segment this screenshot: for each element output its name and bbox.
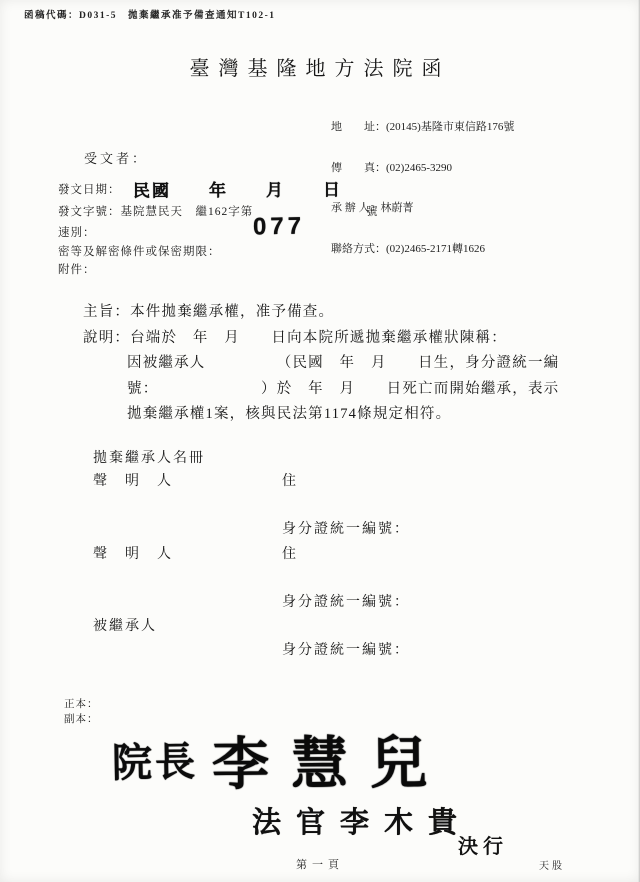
declarant-2-residence-label: 住: [282, 543, 298, 563]
declarant-2-id-label: 身分證統一編號：: [282, 591, 410, 611]
subject-line: 主旨：本件拋棄繼承權，准予備查。: [83, 300, 334, 321]
declarant-1-label: 聲 明 人: [93, 470, 173, 490]
judge-signature: 法官李木貴: [252, 800, 472, 841]
form-code-line: 函稿代碼：D031-5 拋棄繼承准予備查通知T102-1: [24, 7, 276, 21]
issue-date-stamp: 民國 年 月 日: [133, 175, 342, 201]
declarant-2-label: 聲 明 人: [93, 543, 173, 563]
roster-title: 拋棄繼承人名冊: [93, 447, 205, 467]
explanation-line-2: 因被繼承人 （民國 年 月 日生，身分證統一編: [127, 351, 559, 372]
contact-block: 地 址：(20145)基隆市東信路176號 傳 真：(02)2465-3290 …: [331, 94, 514, 283]
document-number-label: 發文字號：基院慧民天 繼162字第: [58, 203, 253, 219]
contact-phone-value: ：(02)2465-2171轉1626: [375, 243, 485, 255]
president-name-signature: 李慧兒: [212, 717, 450, 801]
issue-date-label: 發文日期：: [58, 181, 121, 197]
explanation-line-4: 拋棄繼承權1案，核與民法第1174條規定相符。: [127, 402, 451, 423]
attachment-label: 附件：: [58, 261, 96, 277]
case-number-stamp: 077: [253, 213, 306, 242]
declarant-1-residence-label: 住: [282, 470, 298, 490]
document-number-suffix: 號: [366, 203, 379, 219]
president-title: 院長: [112, 730, 199, 788]
approval-mark: 決行: [458, 830, 508, 859]
decedent-id-label: 身分證統一編號：: [282, 639, 410, 659]
secrecy-label: 密等及解密條件或保密期限：: [58, 243, 221, 259]
contact-fax-label: 傳 真: [331, 162, 375, 174]
explanation-line-3: 號： ）於 年 月 日死亡而開始繼承，表示: [127, 377, 559, 398]
contact-fax: 傳 真：(02)2465-3290: [331, 162, 514, 176]
contact-phone: 聯絡方式：(02)2465-2171轉1626: [331, 243, 514, 257]
contact-officer: 承 辦 人：林蔚菁: [331, 202, 514, 216]
explanation-line-1: 說明：台端於 年 月 日向本院所遞拋棄繼承權狀陳稱：: [83, 326, 507, 347]
division-mark: 天股: [539, 857, 565, 872]
contact-address-value: ：(20145)基隆市東信路176號: [375, 121, 514, 133]
recipient-label: 受文者：: [84, 148, 148, 167]
duplicate-copy-label: 副本：: [64, 711, 99, 726]
contact-officer-label: 承 辦 人: [331, 202, 370, 214]
president-signature: 院長 李慧兒: [112, 718, 449, 800]
declarant-1-id-label: 身分證統一編號：: [282, 518, 410, 538]
scanned-court-letter: 函稿代碼：D031-5 拋棄繼承准予備查通知T102-1 臺灣基隆地方法院函 地…: [0, 0, 640, 882]
decedent-label: 被繼承人: [93, 615, 157, 635]
document-title: 臺灣基隆地方法院函: [0, 52, 640, 81]
contact-phone-label: 聯絡方式: [331, 243, 375, 255]
contact-address: 地 址：(20145)基隆市東信路176號: [331, 121, 514, 135]
contact-fax-value: ：(02)2465-3290: [375, 162, 452, 174]
original-copy-label: 正本：: [64, 696, 99, 711]
speed-label: 速別：: [58, 224, 96, 240]
contact-address-label: 地 址: [331, 121, 375, 133]
